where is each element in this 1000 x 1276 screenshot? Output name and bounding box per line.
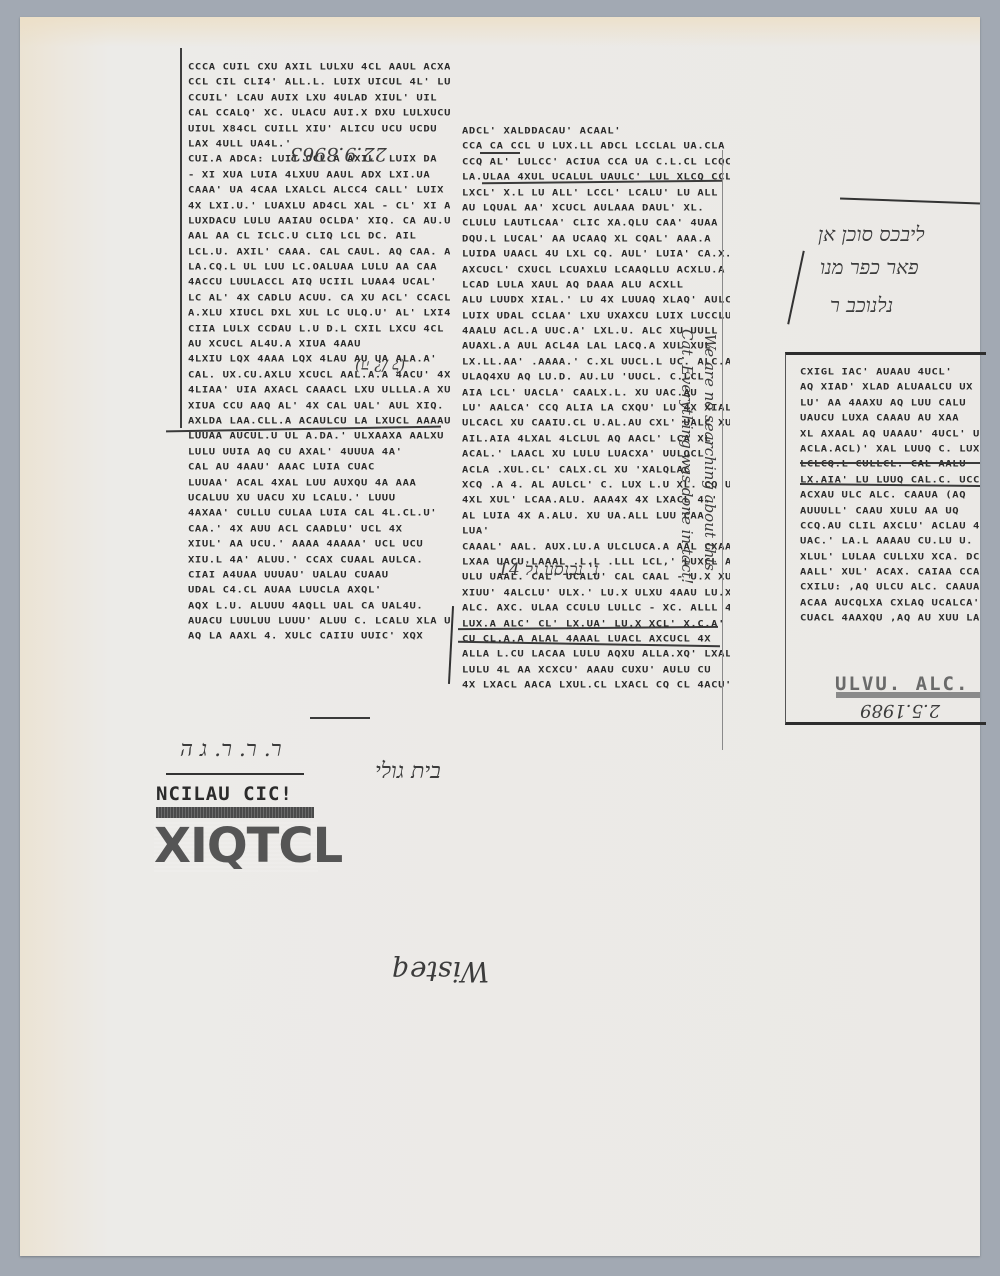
text-line: CIAI A4UAA UUUAU' UALAU CUAAU <box>188 569 450 581</box>
text-line: CCL CIL CLI4' ALL.L. LUIX UICUL 4L' LUIX <box>188 77 450 89</box>
text-line: AXCUCL' CXUCL LCUAXLU LCAAQLLU ACXLU.A <box>462 264 730 276</box>
text-line: CLULU LAUTLCAA' CLIC XA.QLU CAA' 4UAA <box>462 218 730 230</box>
right-handwritten-date: 2.5.1989 <box>860 700 940 721</box>
text-line: LULU UUIA AQ CU AXAL' 4UUUA 4A' <box>188 446 450 458</box>
text-line: CAAA' UA 4CAA LXALCL ALCC4 CALL' LUIX XA… <box>188 185 450 197</box>
top-right-handwriting-3: נלנוכב ר <box>830 293 893 318</box>
text-line: CAA.' 4X AUU ACL CAADLU' UCL 4X <box>188 523 450 535</box>
text-line: LUIX UDAL CCLAA' LXU UXAXCU LUIX LUCCLU <box>462 310 730 322</box>
text-line: LC AL' 4X CADLU ACUU. CA XU ACL' CCACL <box>188 292 450 304</box>
text-line: XIUA CCU AAQ AL' 4X CAL UAL' AUL XIQ. <box>188 400 450 412</box>
text-line: AU LQUAL AA' XCUCL AULAAA DAUL' XL. <box>462 202 730 214</box>
right-masthead-bar <box>836 692 980 698</box>
text-line: CCQ.AU CLIL AXCLU' ACLAU 4 <box>800 520 980 532</box>
left-masthead-bar <box>156 807 314 818</box>
signature-underline <box>166 773 304 775</box>
text-line: CXIGL IAC' AUAAU 4UCL' <box>800 367 980 379</box>
text-line: ACLA.ACL)' XAL LUUQ C. LUX <box>800 443 980 455</box>
text-line: ALLA L.CU LACAA LULU AQXU ALLA.XQ' LXAL <box>462 649 730 661</box>
text-line: LXCL' X.L LU ALL' LCCL' LCALU' LU ALL <box>462 187 730 199</box>
text-line: AU XCUCL AL4U.A XIUA 4AAU <box>188 339 450 351</box>
text-line: CAL AU 4AAU' AAAC LUIA CUAC <box>188 462 450 474</box>
text-line: LCL.U. AXIL' CAAA. CAL CAUL. AQ CAA. AAL… <box>188 246 450 258</box>
top-right-handwriting-1: ליבכס סוכן אן <box>818 222 925 247</box>
text-line: UIUL X84CL CUILL XIU' ALICU UCU UCDU <box>188 123 450 135</box>
text-line: 4X LXI.U.' LUAXLU AD4CL XAL - CL' XI AU <box>188 200 450 212</box>
text-line: CIIA LULX CCDAU L.U D.L CXIL LXCU 4CL <box>188 323 450 335</box>
text-line: ALU LUUDX XIAL.' LU 4X LUUAQ XLAQ' AULC <box>462 295 730 307</box>
text-line: XIU.L 4A' ALUU.' CCAX CUAAL AULCA. <box>188 554 450 566</box>
right-column-text: CXIGL IAC' AUAAU 4UCL'AQ XIAD' XLAD ALUA… <box>800 365 980 627</box>
underline <box>310 717 370 719</box>
text-line: UAUCU LUXA CAAAU AU XAA <box>800 413 980 425</box>
text-line: AUACU LUULUU LUUU' ALUU C. LCALU XLA UAL… <box>188 616 450 628</box>
left-masthead-small: NCILAU CIC! <box>156 783 293 805</box>
text-line: LUXDACU LULU AAIAU OCLDA' XIQ. CA AU.U' <box>188 215 450 227</box>
text-line: XL AXAAL AQ UAAAU' 4UCL' UL <box>800 428 980 440</box>
text-line: UAC.' LA.L AAAAU CU.LU U. <box>800 536 980 548</box>
text-line: CCUIL' LCAU AUIX LXU 4ULAD XIUL' UIL <box>188 92 450 104</box>
text-line: CAL. UX.CU.AXLU XCUCL AAL.A.A 4ACU' 4X <box>188 369 450 381</box>
text-line: LUUAA' ACAL 4XAL LUU AUXQU 4A AAA <box>188 477 450 489</box>
text-line: - XI XUA LUIA 4LXUU AAUL ADX LXI.UA <box>188 169 450 181</box>
text-line: LCLCQ.L CULLCL. CAL AALU <box>800 459 980 471</box>
margin-note-line2: Cat. Everything was done in tact! <box>678 329 696 629</box>
text-line: 4ACCU LUULACCL AIQ UCIIL LUAA4 UCAL' <box>188 277 450 289</box>
text-line: 4LIAA' UIA AXACL CAAACL LXU ULLLA.A XUL <box>188 385 450 397</box>
text-line: AUUULL' CAAU XULU AA UQ <box>800 505 980 517</box>
underline <box>480 152 520 154</box>
text-line: XIUL' AA UCU.' AAAA 4AAAA' UCL UCU <box>188 539 450 551</box>
text-line: AQX L.U. ALUUU 4AQLL UAL CA UAL4U. <box>188 600 450 612</box>
text-line: ACAA AUCQLXA CXLAQ UCALCA' <box>800 597 980 609</box>
text-line: XLUL' LULAA CULLXU XCA. DCA <box>800 551 980 563</box>
text-line: 4X LXACL AACA LXUL.CL LXACL CQ CL 4ACU' <box>462 680 730 692</box>
middle-signature: בית גולי <box>375 758 441 784</box>
left-masthead-logo: XIQTCL <box>154 820 318 872</box>
left-signature: ר. ר. ר. ג ה <box>180 736 282 762</box>
text-line: LA.CQ.L UL LUU LC.OALUAA LULU AA CAA <box>188 262 450 274</box>
left-inline-note: (ה ?/ ל) <box>355 356 405 375</box>
left-date-annotation: 22.9.8963 <box>290 143 387 165</box>
text-line: ACXAU ULC ALC. CAAUA (AQ <box>800 490 980 502</box>
text-line: LUIDA UAACL 4U LXL CQ. AUL' LUIA' CA.X.L <box>462 249 730 261</box>
text-line: CUACL 4AAXQU ,AQ AU XUU LA <box>800 613 980 625</box>
left-column-rule <box>180 48 182 428</box>
text-line: DQU.L LUCAL' AA UCAAQ XL CQAL' AAA.A <box>462 233 730 245</box>
text-line: LU' AA 4AAXU AQ LUU CALU <box>800 397 980 409</box>
text-line: CAL CCALQ' XC. ULACU AUI.X DXU LULXUCU <box>188 108 450 120</box>
text-line: A.XLU XIUCL DXL XUL LC ULQ.U' AL' LXI4. <box>188 308 450 320</box>
text-line: 4AXAA' CULLU CULAA LUIA CAL 4L.CL.U' <box>188 508 450 520</box>
text-line: AQ LA AAXL 4. XULC CAIIU UUIC' XQX <box>188 631 450 643</box>
underline <box>800 462 980 464</box>
text-line: CXILU: ,AQ ULCU ALC. CAAUA <box>800 582 980 594</box>
text-line: LUUAA AUCUL.U UL A.DA.' ULXAAXA AALXU <box>188 431 450 443</box>
text-line: LULU 4L AA XCXCU' AAAU CUXU' AULU CU <box>462 664 730 676</box>
text-line: ADCL' XALDDACAU' ACAAL' <box>462 126 730 138</box>
text-line: CCCA CUIL CXU AXIL LULXU 4CL AAUL ACXAU <box>188 62 450 74</box>
bottom-handwritten-note: Wisteq <box>392 955 489 988</box>
text-line: AALL' XUL' ACAX. CAIAA CCA <box>800 567 980 579</box>
top-right-handwriting-2: פאר כפר מנו <box>820 255 919 280</box>
text-line: UCALUU XU UACU XU LCALU.' LUUU <box>188 492 450 504</box>
text-line: UDAL C4.CL AUAA LUUCLA AXQL' <box>188 585 450 597</box>
text-line: AQ XIAD' XLAD ALUAALCU UX <box>800 382 980 394</box>
text-line: CCQ AL' LULCC' ACIUA CCA UA C.L.CL LCQCC… <box>462 156 730 168</box>
text-line: LCAD LULA XAUL AQ DAAA ALU ACXLL <box>462 279 730 291</box>
margin-note-line1: We are no searching about this <box>701 334 719 634</box>
text-line: 4LXIU LQX 4AAA LQX 4LAU AU UA ALA.A' <box>188 354 450 366</box>
middle-handwritten-note: נ' נכנסנו גל 14 <box>498 560 599 580</box>
text-line: AAL AA CL ICLC.U CLIQ LCL DC. AIL <box>188 231 450 243</box>
middle-column-rule <box>722 150 723 750</box>
